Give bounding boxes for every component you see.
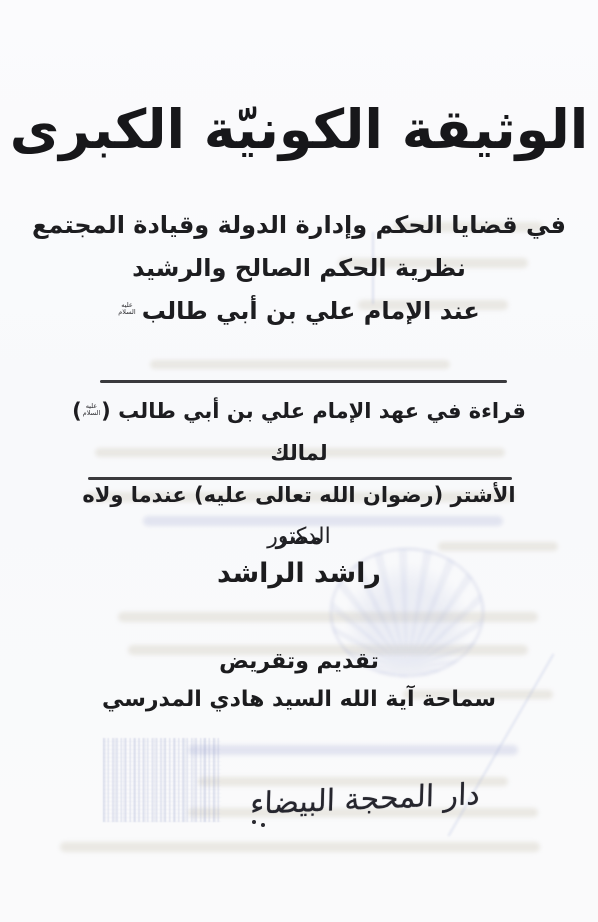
faded-barcode xyxy=(103,738,221,822)
book-title: الوثيقة الكونيّة الكبرى xyxy=(0,100,598,159)
bleed-line xyxy=(150,360,450,369)
bleed-line xyxy=(188,745,518,755)
divider-top-rule xyxy=(100,380,507,383)
book-title-page: الوثيقة الكونيّة الكبرى في قضايا الحكم و… xyxy=(0,0,598,922)
subtitle-line-1: في قضايا الحكم وإدارة الدولة وقيادة المج… xyxy=(0,211,598,239)
subtitle-line-3: عند الإمام علي بن أبي طالبعليهالسلام xyxy=(0,297,598,325)
author-title-label: الدكتور xyxy=(0,524,598,549)
divider-bottom-rule xyxy=(88,477,512,480)
calligraphy-ink-dot xyxy=(261,823,265,827)
author-name: راشد الراشد xyxy=(0,558,598,589)
subtitle-line-3-text: عند الإمام علي بن أبي طالب xyxy=(142,297,480,325)
publisher-logotype: دار المحجة البيضاء xyxy=(250,777,481,822)
calligraphy-ink-dot xyxy=(252,820,256,824)
foreword-label: تقديم وتقريض xyxy=(0,649,598,674)
foreword-author: سماحة آية الله السيد هادي المدرسي xyxy=(0,687,598,712)
boxed-description-line-1: قراءة في عهد الإمام علي بن أبي طالب (علي… xyxy=(72,390,526,474)
bleed-line xyxy=(118,612,538,622)
alayhi-salam-symbol: عليهالسلام xyxy=(83,403,101,417)
bleed-line xyxy=(60,842,540,852)
alayhi-salam-symbol: عليهالسلام xyxy=(118,302,136,316)
subtitle-line-2: نظرية الحكم الصالح والرشيد xyxy=(0,254,598,282)
